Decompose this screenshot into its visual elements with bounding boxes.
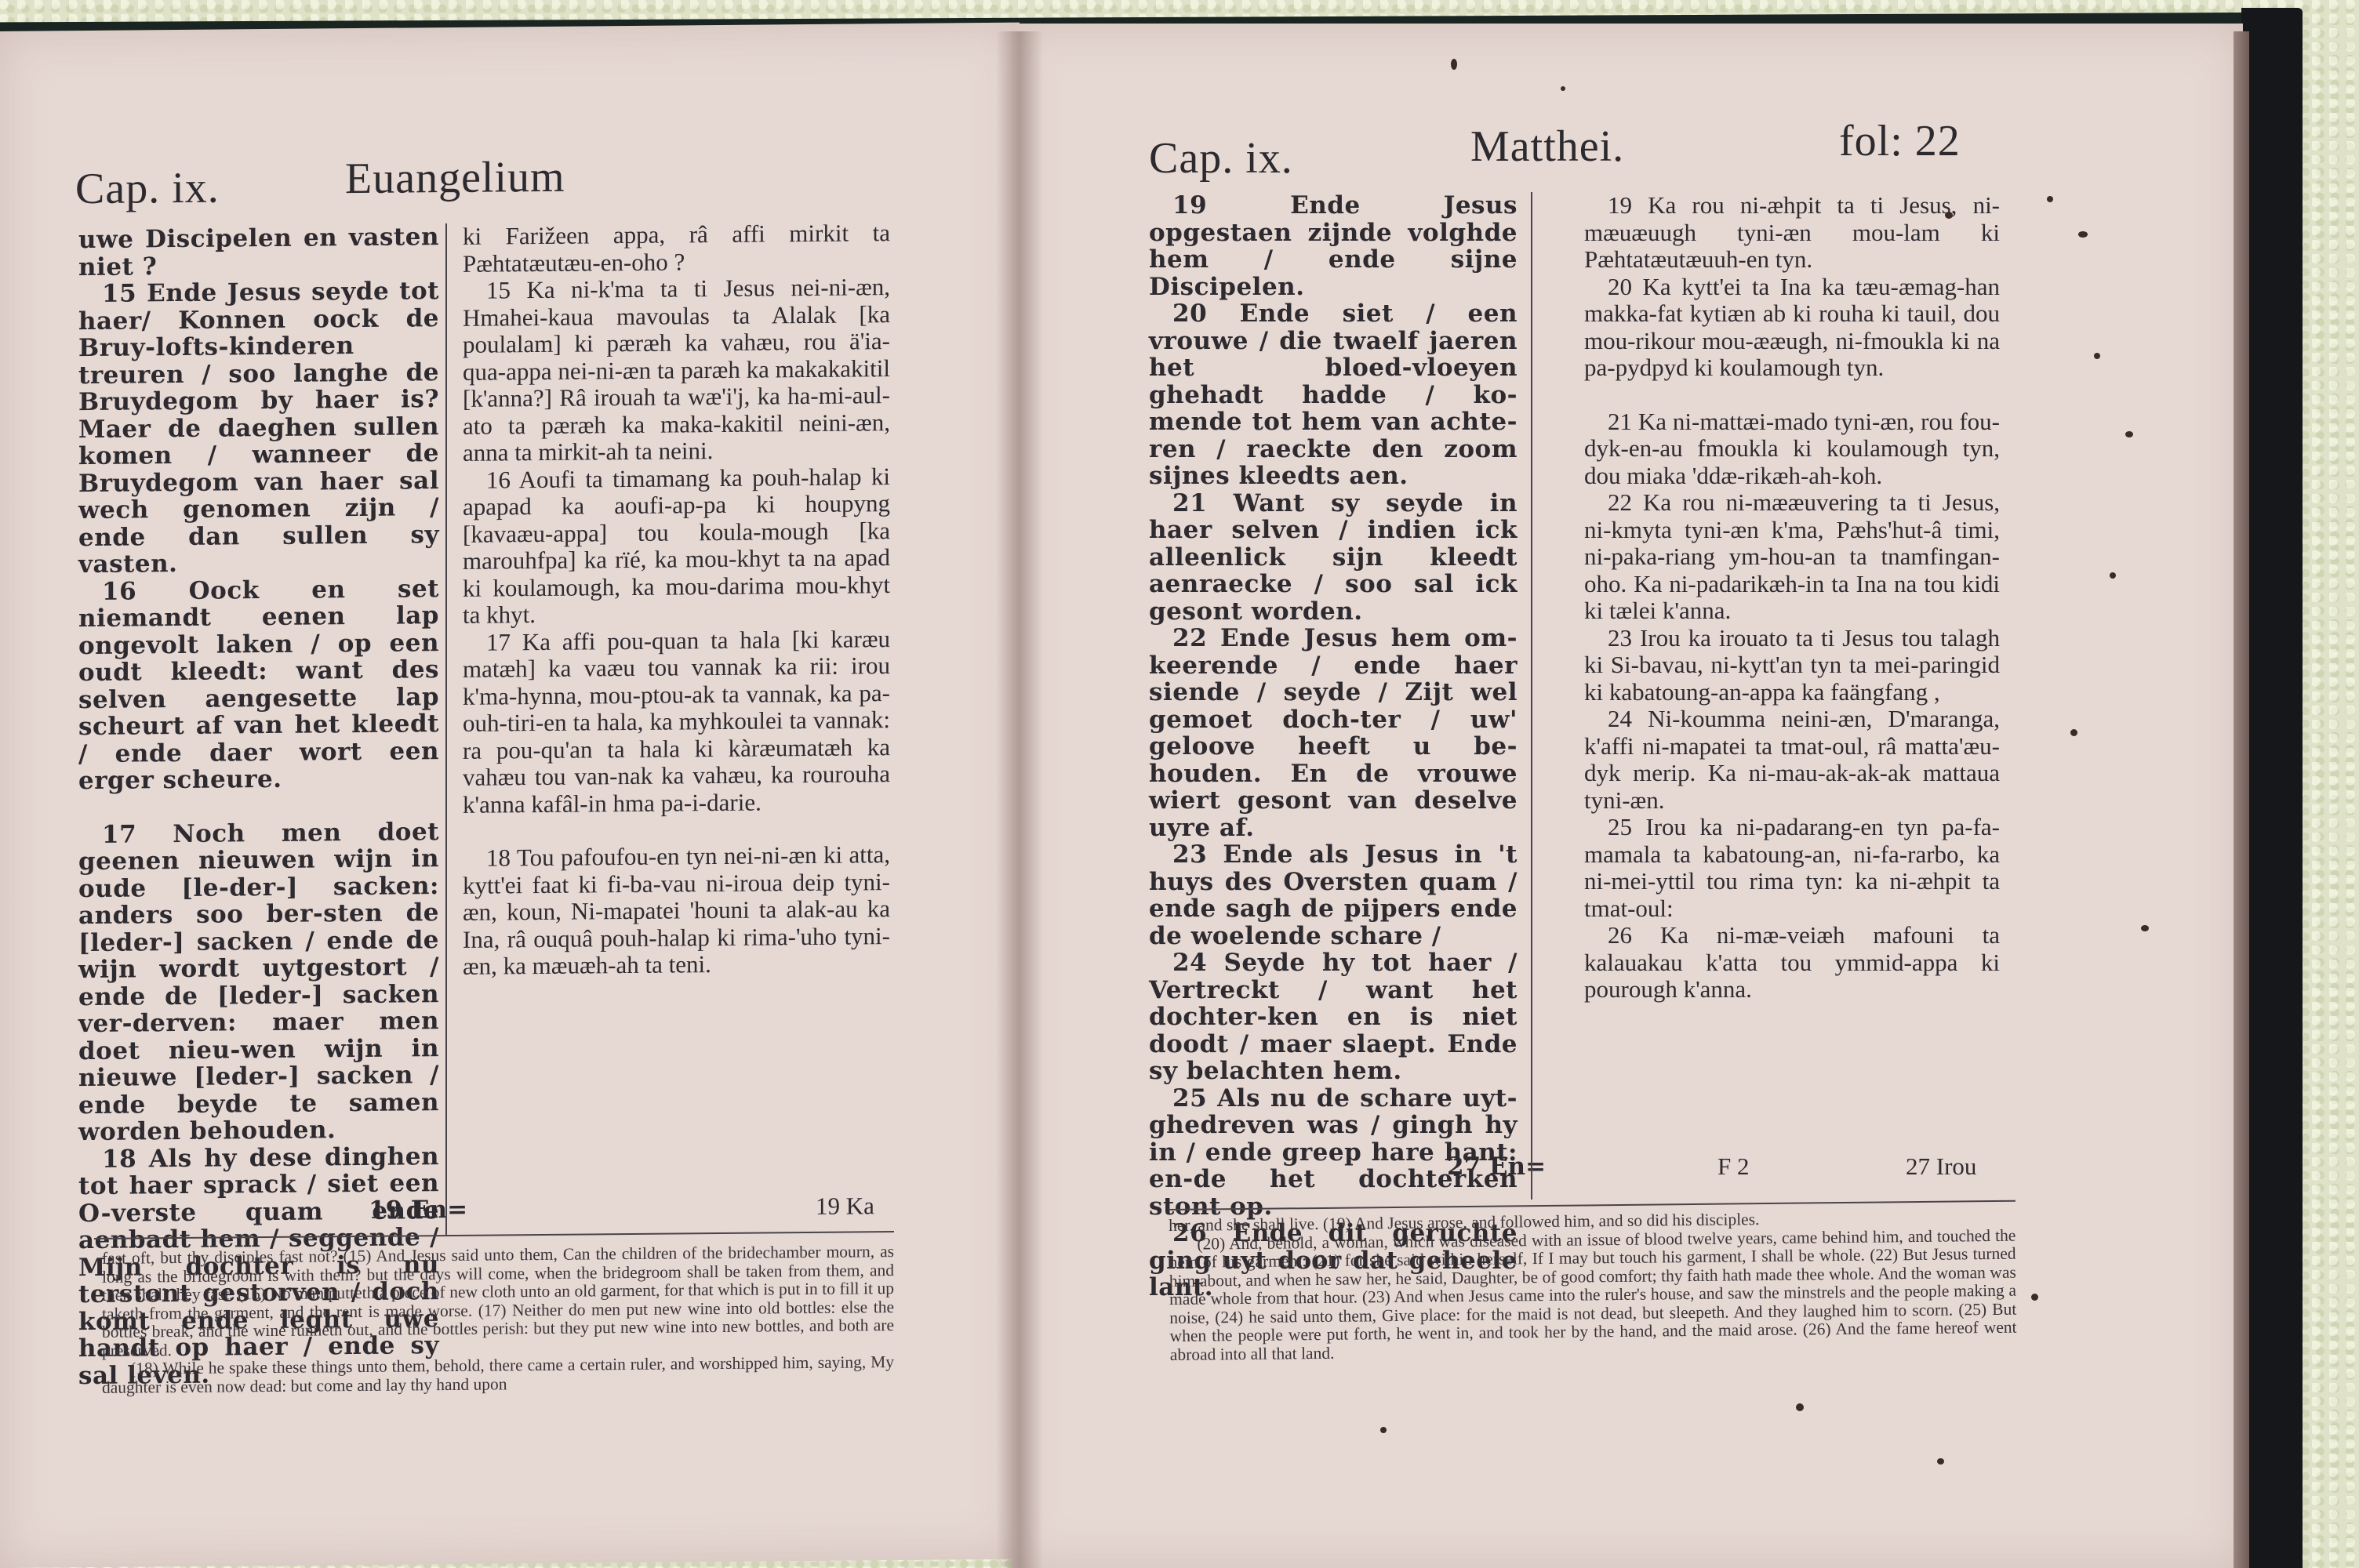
book-gutter (996, 31, 1043, 1568)
verse: 21 Want sy seyde in haer selven / indien… (1149, 490, 1518, 626)
left-chapter-heading: Cap. ix. (75, 163, 220, 215)
right-dutch-column: 19 Ende Jesus opgestaen zijnde volghde h… (1149, 192, 1518, 1301)
signature-mark: F 2 (1717, 1152, 1750, 1181)
left-formosan-column: ki Farižeen appa, râ affi mirkit ta Pæht… (463, 220, 890, 980)
ink-speck (2125, 431, 2133, 437)
ink-speck (2141, 925, 2149, 931)
ink-speck (1561, 86, 1565, 91)
ink-speck (2070, 729, 2077, 736)
left-dutch-catchword: 19 En= (369, 1196, 467, 1225)
verse: 23 Irou ka irouato ta ti Jesus tou talag… (1584, 625, 2000, 706)
left-running-title: Euangelium (345, 152, 565, 204)
right-page: Cap. ix. Matthei. fol: 22 19 Ende Jesus … (1012, 24, 2243, 1568)
verse: ki Farižeen appa, râ affi mirkit ta Pæht… (463, 220, 890, 278)
verse: 24 Ni-koumma neini-æn, D'maranga, k'affi… (1584, 706, 2000, 814)
ink-speck (2047, 196, 2053, 202)
page-block-edge (2234, 31, 2249, 1568)
ink-speck (2078, 231, 2088, 238)
verse: 21 Ka ni-mattæi-mado tyni-æn, rou fou-dy… (1584, 408, 2000, 490)
ink-speck (2110, 572, 2116, 579)
left-english-footnote: fast oft, but thy disciples fast not? (1… (102, 1243, 894, 1397)
ink-speck (1796, 1403, 1804, 1411)
verse: 25 Irou ka ni-padarang-en tyn pa-fa-mama… (1584, 814, 2000, 922)
verse: 20 Ende siet / een vrouwe / die twaelf j… (1149, 300, 1518, 490)
right-chapter-heading: Cap. ix. (1149, 133, 1293, 183)
verse: 26 Ka ni-mæ-veiæh mafouni ta kalauakau k… (1584, 922, 2000, 1004)
verse: uwe Discipelen en vasten niet ? (78, 223, 439, 281)
right-formosan-column: 19 Ka rou ni-æhpit ta ti Jesus, ni-mæuæu… (1584, 192, 2000, 1004)
book-cover (2241, 8, 2303, 1568)
verse: 15 Ende Jesus seyde tot haer/ Konnen ooc… (78, 278, 439, 579)
verse: 15 Ka ni-k'ma ta ti Jesus nei-ni-æn, Hma… (463, 274, 890, 466)
right-running-title: Matthei. (1470, 122, 1624, 172)
left-column-divider (445, 223, 447, 1235)
verse: 17 Noch men doet geenen nieuwen wijn in … (78, 818, 439, 1146)
verse: 19 Ende Jesus opgestaen zijnde volghde h… (1149, 192, 1518, 300)
left-formosan-catchword: 19 Ka (816, 1192, 874, 1221)
verse: 16 Oock en set niemandt eenen lap ongevo… (78, 575, 439, 795)
ink-speck (2094, 353, 2100, 359)
ink-speck (1945, 212, 1953, 219)
verse: 23 Ende als Jesus in 't huys des Overste… (1149, 841, 1518, 949)
verse: 20 Ka kytt'ei ta Ina ka tæu-æmag-han mak… (1584, 274, 2000, 382)
verse: 22 Ende Jesus hem om-keerende / ende hae… (1149, 625, 1518, 841)
folio-number: fol: 22 (1839, 116, 1961, 166)
ink-speck (2031, 1294, 2038, 1301)
verse: 24 Seyde hy tot haer / Vertreckt / want … (1149, 949, 1518, 1085)
right-english-footnote: her, and she shall live. (19) And Jesus … (1169, 1208, 2017, 1364)
ink-speck (1451, 59, 1457, 70)
verse: 16 Aoufi ta timamang ka pouh-halap ki ap… (463, 463, 890, 630)
verse: 22 Ka rou ni-mææuvering ta ti Jesus, ni-… (1584, 489, 2000, 625)
verse: 17 Ka affi pou-quan ta hala [ki karæu ma… (463, 626, 890, 818)
ink-speck (1380, 1427, 1387, 1433)
right-formosan-catchword: 27 Irou (1906, 1152, 1976, 1181)
verse: 18 Tou pafoufou-en tyn nei-ni-æn ki atta… (463, 841, 890, 980)
ink-speck (1937, 1458, 1944, 1465)
left-page: Cap. ix. Euangelium uwe Discipelen en va… (0, 23, 1020, 1568)
right-column-divider (1531, 192, 1532, 1200)
verse: 19 Ka rou ni-æhpit ta ti Jesus, ni-mæuæu… (1584, 192, 2000, 274)
